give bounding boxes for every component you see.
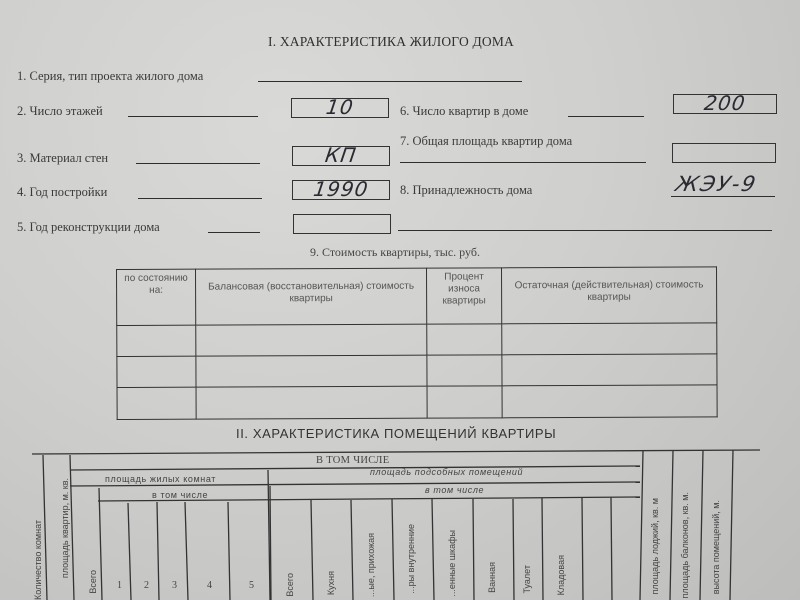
col-room-height: высота помещений, м. bbox=[711, 500, 721, 594]
col-balcony-area: площадь балконов, кв. м. bbox=[680, 492, 690, 599]
col-inner-corridors: ...ры внутренние bbox=[406, 524, 416, 594]
col-rooms-count: Количество комнат bbox=[33, 520, 43, 600]
col-living-total: Всего bbox=[88, 570, 98, 594]
aux-area-sub: в том числе bbox=[425, 485, 484, 495]
col-room-4: 4 bbox=[207, 580, 212, 591]
col-toilet: Туалет bbox=[522, 565, 532, 593]
col-corridor: ...ые, прихожая bbox=[366, 533, 376, 597]
col-room-2: 2 bbox=[144, 580, 149, 591]
col-bathroom: Ванная bbox=[487, 562, 497, 593]
col-kitchen: Кухня bbox=[326, 571, 336, 595]
col-apartment-area: площадь квартир, м. кв. bbox=[60, 478, 70, 578]
aux-area-header: площадь подсобных помещений bbox=[370, 467, 523, 477]
col-room-3: 3 bbox=[172, 580, 177, 591]
col-aux-total: Всего bbox=[285, 573, 295, 597]
living-area-sub: в том числе bbox=[152, 490, 208, 500]
col-storage: Кладовая bbox=[556, 555, 566, 595]
group-header: В ТОМ ЧИСЛЕ bbox=[316, 455, 389, 466]
col-loggia-area: площадь лоджий, кв. м bbox=[650, 498, 660, 594]
col-room-5: 5 bbox=[249, 580, 254, 591]
col-wardrobes: ...енные шкафы bbox=[447, 530, 457, 597]
col-room-1: 1 bbox=[117, 580, 122, 591]
living-area-header: площадь жилых комнат bbox=[105, 474, 216, 484]
